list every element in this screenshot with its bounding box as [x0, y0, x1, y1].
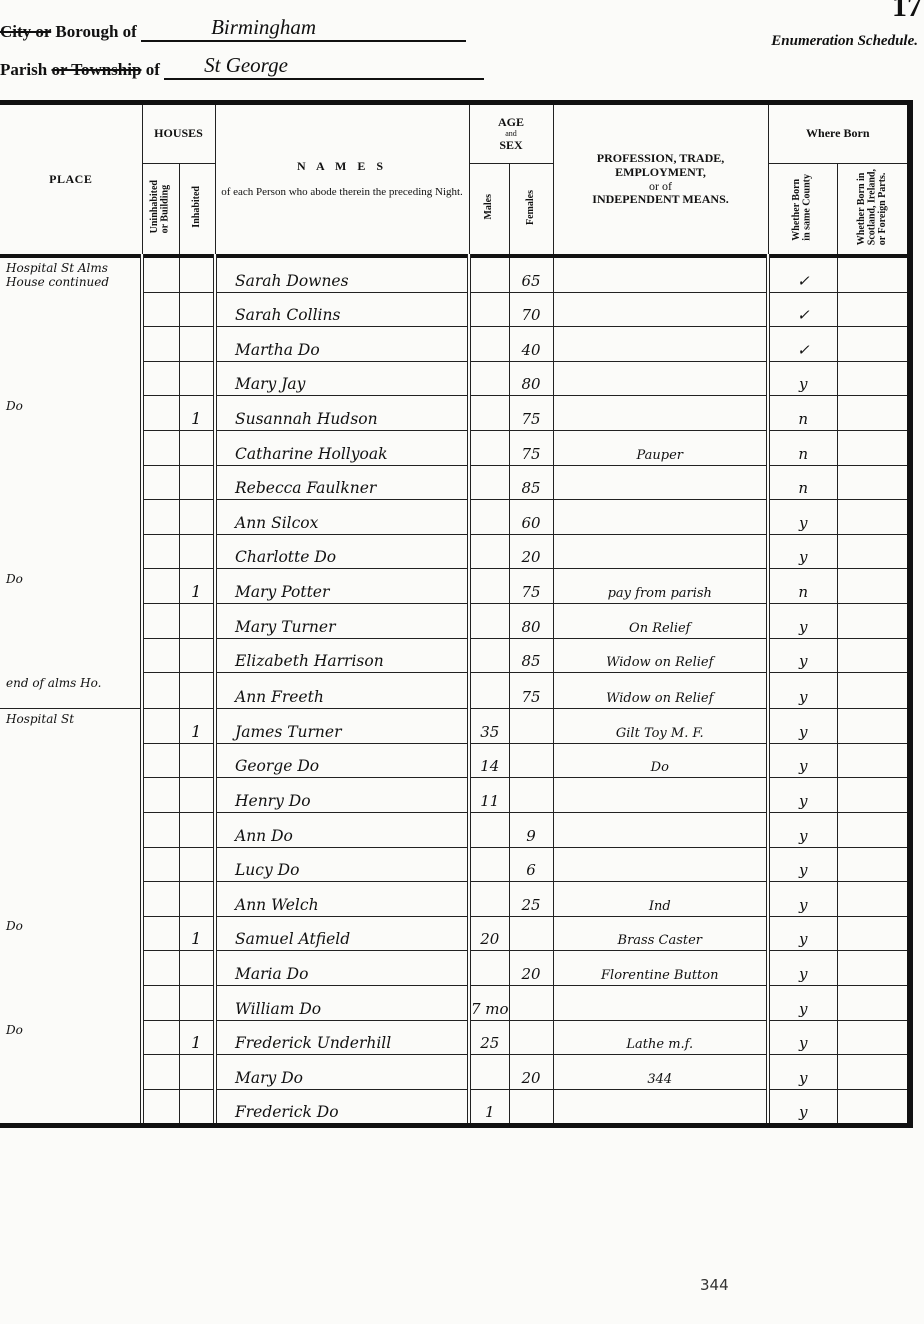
- occupation-cell: On Relief: [553, 603, 768, 638]
- female-age-cell: 80: [509, 361, 553, 396]
- occupation-cell: Lathe m.f.: [553, 1020, 768, 1055]
- uninhabited-cell: [142, 813, 179, 848]
- name-cell: Mary Turner: [215, 603, 469, 638]
- name-cell: Sarah Downes: [215, 256, 469, 292]
- place-cell: Do: [0, 396, 142, 569]
- occupation-cell: [553, 396, 768, 431]
- occupation-cell: [553, 256, 768, 292]
- born-same-county-cell: y: [768, 1089, 837, 1126]
- female-age-cell: [509, 1089, 553, 1126]
- female-age-cell: 85: [509, 465, 553, 500]
- inhabited-cell: [179, 951, 215, 986]
- table-row: Do1Samuel Atfield20Brass Castery: [0, 916, 910, 951]
- born-same-county-cell: y: [768, 916, 837, 951]
- born-foreign-cell: [837, 709, 910, 744]
- place-cell: Hospital St Alms House continued: [0, 256, 142, 396]
- male-age-cell: [469, 569, 509, 604]
- born-same-county-cell: y: [768, 1020, 837, 1055]
- born-same-county-cell: y: [768, 638, 837, 673]
- female-age-cell: 65: [509, 256, 553, 292]
- header-names-sub: of each Person who abode therein the pre…: [221, 186, 463, 198]
- born-foreign-cell: [837, 603, 910, 638]
- inhabited-cell: [179, 638, 215, 673]
- parish-value: St George: [164, 54, 484, 80]
- inhabited-cell: [179, 500, 215, 535]
- uninhabited-cell: [142, 985, 179, 1020]
- born-foreign-cell: [837, 916, 910, 951]
- name-cell: Maria Do: [215, 951, 469, 986]
- male-age-cell: [469, 603, 509, 638]
- uninhabited-cell: [142, 430, 179, 465]
- inhabited-cell: [179, 813, 215, 848]
- inhabited-cell: [179, 465, 215, 500]
- female-age-cell: 70: [509, 292, 553, 327]
- header-place: PLACE: [0, 103, 142, 257]
- occupation-cell: [553, 813, 768, 848]
- header-names-title: N A M E S: [216, 160, 469, 174]
- inhabited-cell: 1: [179, 396, 215, 431]
- female-age-cell: 75: [509, 430, 553, 465]
- born-same-county-cell: y: [768, 500, 837, 535]
- occupation-cell: [553, 1089, 768, 1126]
- female-age-cell: [509, 778, 553, 813]
- occupation-cell: Widow on Relief: [553, 673, 768, 709]
- occupation-cell: [553, 778, 768, 813]
- born-foreign-cell: [837, 882, 910, 917]
- table-row: Do1Susannah Hudson75n: [0, 396, 910, 431]
- borough-label: Borough of: [55, 22, 136, 41]
- male-age-cell: [469, 847, 509, 882]
- borough-value: Birmingham: [141, 16, 466, 42]
- born-foreign-cell: [837, 256, 910, 292]
- township-label-struck: or Township: [51, 60, 141, 79]
- female-age-cell: 6: [509, 847, 553, 882]
- inhabited-cell: [179, 430, 215, 465]
- name-cell: Ann Silcox: [215, 500, 469, 535]
- name-cell: Rebecca Faulkner: [215, 465, 469, 500]
- uninhabited-cell: [142, 778, 179, 813]
- archive-stamp: 344: [700, 1276, 729, 1294]
- born-same-county-cell: y: [768, 603, 837, 638]
- female-age-cell: 60: [509, 500, 553, 535]
- male-age-cell: 14: [469, 743, 509, 778]
- male-age-cell: [469, 813, 509, 848]
- occupation-cell: [553, 500, 768, 535]
- female-age-cell: [509, 709, 553, 744]
- born-foreign-cell: [837, 951, 910, 986]
- uninhabited-cell: [142, 292, 179, 327]
- occupation-cell: Widow on Relief: [553, 638, 768, 673]
- female-age-cell: 75: [509, 396, 553, 431]
- table-row: Hospital St Alms House continuedSarah Do…: [0, 256, 910, 292]
- male-age-cell: 20: [469, 916, 509, 951]
- occupation-cell: Ind: [553, 882, 768, 917]
- born-same-county-cell: y: [768, 361, 837, 396]
- uninhabited-cell: [142, 1055, 179, 1090]
- uninhabited-cell: [142, 256, 179, 292]
- born-same-county-cell: y: [768, 709, 837, 744]
- inhabited-cell: [179, 1089, 215, 1126]
- header-profession-means: INDEPENDENT MEANS.: [592, 192, 728, 206]
- female-age-cell: 75: [509, 569, 553, 604]
- header-profession-or: or of: [554, 180, 768, 194]
- name-cell: Charlotte Do: [215, 534, 469, 569]
- inhabited-cell: [179, 1055, 215, 1090]
- inhabited-cell: 1: [179, 916, 215, 951]
- uninhabited-cell: [142, 709, 179, 744]
- male-age-cell: [469, 256, 509, 292]
- uninhabited-cell: [142, 603, 179, 638]
- male-age-cell: [469, 292, 509, 327]
- born-same-county-cell: n: [768, 430, 837, 465]
- male-age-cell: [469, 1055, 509, 1090]
- born-foreign-cell: [837, 361, 910, 396]
- born-foreign-cell: [837, 430, 910, 465]
- male-age-cell: [469, 361, 509, 396]
- header-profession: PROFESSION, TRADE, EMPLOYMENT, or of IND…: [553, 103, 768, 257]
- inhabited-cell: [179, 778, 215, 813]
- inhabited-cell: 1: [179, 709, 215, 744]
- female-age-cell: 20: [509, 951, 553, 986]
- born-foreign-cell: [837, 673, 910, 709]
- occupation-cell: [553, 327, 768, 362]
- born-same-county-cell: y: [768, 778, 837, 813]
- inhabited-cell: [179, 292, 215, 327]
- male-age-cell: 25: [469, 1020, 509, 1055]
- male-age-cell: 11: [469, 778, 509, 813]
- uninhabited-cell: [142, 638, 179, 673]
- female-age-cell: 25: [509, 882, 553, 917]
- occupation-cell: 344: [553, 1055, 768, 1090]
- occupation-cell: [553, 292, 768, 327]
- born-same-county-cell: y: [768, 1055, 837, 1090]
- name-cell: Ann Do: [215, 813, 469, 848]
- schedule-title: Enumeration Schedule.: [771, 33, 918, 50]
- occupation-cell: Florentine Button: [553, 951, 768, 986]
- born-foreign-cell: [837, 1055, 910, 1090]
- born-foreign-cell: [837, 465, 910, 500]
- female-age-cell: 80: [509, 603, 553, 638]
- born-same-county-cell: y: [768, 985, 837, 1020]
- parish-label: Parish: [0, 60, 47, 79]
- name-cell: James Turner: [215, 709, 469, 744]
- male-age-cell: [469, 396, 509, 431]
- born-same-county-cell: n: [768, 396, 837, 431]
- table-row: Hospital St1James Turner35Gilt Toy M. F.…: [0, 709, 910, 744]
- place-cell: Do: [0, 1020, 142, 1126]
- uninhabited-cell: [142, 465, 179, 500]
- uninhabited-cell: [142, 396, 179, 431]
- male-age-cell: 1: [469, 1089, 509, 1126]
- male-age-cell: [469, 638, 509, 673]
- name-cell: Samuel Atfield: [215, 916, 469, 951]
- occupation-cell: Pauper: [553, 430, 768, 465]
- inhabited-cell: [179, 882, 215, 917]
- uninhabited-cell: [142, 1020, 179, 1055]
- occupation-cell: [553, 847, 768, 882]
- female-age-cell: 75: [509, 673, 553, 709]
- uninhabited-cell: [142, 882, 179, 917]
- name-cell: Mary Do: [215, 1055, 469, 1090]
- born-foreign-cell: [837, 500, 910, 535]
- header-age: AGE: [498, 115, 524, 129]
- census-body: Hospital St Alms House continuedSarah Do…: [0, 256, 910, 1126]
- born-same-county-cell: ✓: [768, 256, 837, 292]
- borough-line: City or Borough of Birmingham: [0, 16, 466, 42]
- born-same-county-cell: y: [768, 951, 837, 986]
- male-age-cell: [469, 465, 509, 500]
- header-females: Females: [509, 164, 553, 257]
- born-foreign-cell: [837, 813, 910, 848]
- place-cell: Hospital St: [0, 709, 142, 917]
- occupation-cell: [553, 465, 768, 500]
- occupation-cell: [553, 361, 768, 396]
- name-cell: Ann Freeth: [215, 673, 469, 709]
- inhabited-cell: [179, 327, 215, 362]
- female-age-cell: [509, 985, 553, 1020]
- page-number: 17: [892, 0, 922, 24]
- name-cell: Ann Welch: [215, 882, 469, 917]
- uninhabited-cell: [142, 951, 179, 986]
- inhabited-cell: [179, 743, 215, 778]
- inhabited-cell: [179, 673, 215, 709]
- name-cell: Susannah Hudson: [215, 396, 469, 431]
- place-cell: Do: [0, 916, 142, 1020]
- table-row: end of alms Ho.Ann Freeth75Widow on Reli…: [0, 673, 910, 709]
- born-foreign-cell: [837, 1020, 910, 1055]
- female-age-cell: [509, 916, 553, 951]
- male-age-cell: 7 months: [469, 985, 509, 1020]
- inhabited-cell: [179, 534, 215, 569]
- born-foreign-cell: [837, 1089, 910, 1126]
- occupation-cell: [553, 985, 768, 1020]
- male-age-cell: [469, 534, 509, 569]
- name-cell: William Do: [215, 985, 469, 1020]
- born-same-county-cell: n: [768, 569, 837, 604]
- male-age-cell: 35: [469, 709, 509, 744]
- born-foreign-cell: [837, 396, 910, 431]
- male-age-cell: [469, 951, 509, 986]
- census-table: PLACE HOUSES N A M E S of each Person wh…: [0, 100, 913, 1128]
- born-same-county-cell: y: [768, 743, 837, 778]
- born-foreign-cell: [837, 638, 910, 673]
- born-same-county-cell: n: [768, 465, 837, 500]
- born-foreign-cell: [837, 327, 910, 362]
- born-foreign-cell: [837, 743, 910, 778]
- inhabited-cell: [179, 361, 215, 396]
- male-age-cell: [469, 882, 509, 917]
- born-foreign-cell: [837, 847, 910, 882]
- occupation-cell: pay from parish: [553, 569, 768, 604]
- name-cell: Sarah Collins: [215, 292, 469, 327]
- name-cell: Mary Jay: [215, 361, 469, 396]
- header-profession-title: PROFESSION, TRADE, EMPLOYMENT,: [597, 151, 724, 179]
- male-age-cell: [469, 327, 509, 362]
- occupation-cell: Gilt Toy M. F.: [553, 709, 768, 744]
- born-same-county-cell: ✓: [768, 327, 837, 362]
- born-same-county-cell: y: [768, 813, 837, 848]
- uninhabited-cell: [142, 673, 179, 709]
- inhabited-cell: 1: [179, 569, 215, 604]
- female-age-cell: 20: [509, 1055, 553, 1090]
- male-age-cell: [469, 430, 509, 465]
- name-cell: Lucy Do: [215, 847, 469, 882]
- name-cell: Martha Do: [215, 327, 469, 362]
- header-sex: SEX: [499, 138, 522, 152]
- uninhabited-cell: [142, 500, 179, 535]
- male-age-cell: [469, 500, 509, 535]
- uninhabited-cell: [142, 569, 179, 604]
- female-age-cell: 85: [509, 638, 553, 673]
- female-age-cell: 40: [509, 327, 553, 362]
- parish-of-label: of: [146, 60, 160, 79]
- name-cell: Mary Potter: [215, 569, 469, 604]
- born-foreign-cell: [837, 569, 910, 604]
- born-same-county-cell: y: [768, 882, 837, 917]
- header-inhabited: Inhabited: [179, 164, 215, 257]
- female-age-cell: 9: [509, 813, 553, 848]
- place-cell: end of alms Ho.: [0, 673, 142, 709]
- uninhabited-cell: [142, 743, 179, 778]
- inhabited-cell: [179, 985, 215, 1020]
- inhabited-cell: 1: [179, 1020, 215, 1055]
- uninhabited-cell: [142, 534, 179, 569]
- header-same-county: Whether Born in same County: [768, 164, 837, 257]
- uninhabited-cell: [142, 847, 179, 882]
- female-age-cell: [509, 743, 553, 778]
- header-where-born: Where Born: [768, 103, 910, 164]
- born-foreign-cell: [837, 292, 910, 327]
- header-scotland-ireland: Whether Born in Scotland, Ireland, or Fo…: [837, 164, 910, 257]
- female-age-cell: 20: [509, 534, 553, 569]
- uninhabited-cell: [142, 361, 179, 396]
- city-label-struck: City or: [0, 22, 51, 41]
- header-age-sex: AGE and SEX: [469, 103, 553, 164]
- born-foreign-cell: [837, 985, 910, 1020]
- born-foreign-cell: [837, 534, 910, 569]
- male-age-cell: [469, 673, 509, 709]
- female-age-cell: [509, 1020, 553, 1055]
- uninhabited-cell: [142, 1089, 179, 1126]
- uninhabited-cell: [142, 916, 179, 951]
- header-uninhabited: Uninhabited or Building: [142, 164, 179, 257]
- name-cell: Frederick Do: [215, 1089, 469, 1126]
- occupation-cell: [553, 534, 768, 569]
- inhabited-cell: [179, 256, 215, 292]
- born-same-county-cell: y: [768, 847, 837, 882]
- born-foreign-cell: [837, 778, 910, 813]
- name-cell: Elizabeth Harrison: [215, 638, 469, 673]
- header-names: N A M E S of each Person who abode there…: [215, 103, 469, 257]
- inhabited-cell: [179, 603, 215, 638]
- name-cell: Frederick Underhill: [215, 1020, 469, 1055]
- header-males: Males: [469, 164, 509, 257]
- parish-line: Parish or Township of St George: [0, 54, 484, 80]
- place-cell: Do: [0, 569, 142, 673]
- inhabited-cell: [179, 847, 215, 882]
- table-row: Do1Frederick Underhill25Lathe m.f.y: [0, 1020, 910, 1055]
- name-cell: Henry Do: [215, 778, 469, 813]
- table-row: Do1Mary Potter75pay from parishn: [0, 569, 910, 604]
- occupation-cell: Brass Caster: [553, 916, 768, 951]
- born-same-county-cell: ✓: [768, 292, 837, 327]
- name-cell: George Do: [215, 743, 469, 778]
- uninhabited-cell: [142, 327, 179, 362]
- name-cell: Catharine Hollyoak: [215, 430, 469, 465]
- occupation-cell: Do: [553, 743, 768, 778]
- born-same-county-cell: y: [768, 534, 837, 569]
- born-same-county-cell: y: [768, 673, 837, 709]
- header-houses: HOUSES: [142, 103, 215, 164]
